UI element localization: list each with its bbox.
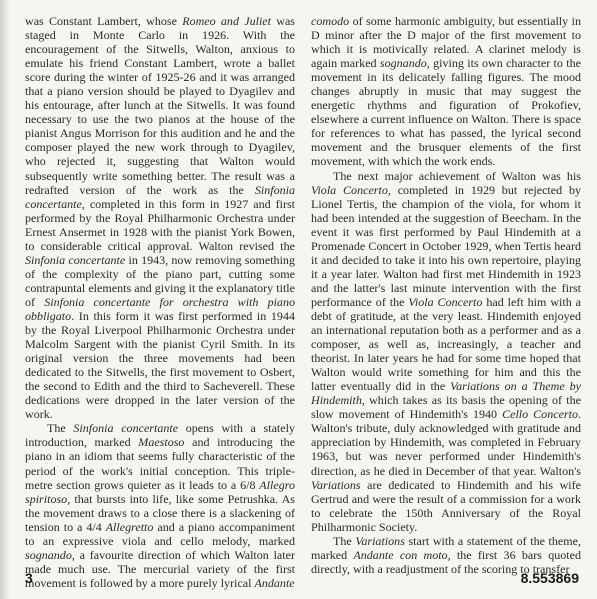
- italic-title: Viola Concerto: [408, 295, 482, 309]
- italic-title: sognando: [25, 548, 72, 562]
- text-run: The: [333, 534, 355, 548]
- body-paragraph: The Sinfonia concertante opens with a st…: [25, 421, 295, 590]
- body-paragraph: was Constant Lambert, whose Romeo and Ju…: [25, 14, 295, 421]
- italic-title: Romeo and Juliet: [182, 14, 271, 28]
- italic-title: Viola Concerto: [311, 183, 388, 197]
- text-run: was staged in Monte Carlo in 1926. With …: [25, 14, 295, 197]
- italic-title: Maestoso: [138, 435, 184, 449]
- body-paragraph: comodo of some harmonic ambiguity, but e…: [311, 14, 581, 169]
- italic-title: Allegretto: [106, 520, 154, 534]
- text-run: The: [47, 421, 73, 435]
- italic-title: Andante: [255, 576, 295, 590]
- italic-title: Variations: [355, 534, 405, 548]
- italic-title: Sinfonia concertante: [73, 421, 178, 435]
- italic-title: Sinfonia concertante: [25, 253, 125, 267]
- body-paragraph: The next major achievement of Walton was…: [311, 169, 581, 534]
- italic-title: sognando: [380, 56, 427, 70]
- text-run: , completed in 1929 but rejected by Lion…: [311, 183, 581, 309]
- right-text-column: comodo of some harmonic ambiguity, but e…: [311, 14, 581, 576]
- italic-title: comodo: [311, 14, 349, 28]
- text-run: , giving its own character to the moveme…: [311, 56, 581, 168]
- italic-title: Andante con moto: [353, 548, 447, 562]
- text-run: . In this form it was first performed in…: [25, 309, 295, 421]
- page-binding-shadow: [0, 0, 10, 599]
- text-run: The next major achievement of Walton was…: [333, 169, 581, 183]
- left-text-column: was Constant Lambert, whose Romeo and Ju…: [25, 14, 295, 590]
- italic-title: Variations: [311, 478, 361, 492]
- text-run: was Constant Lambert, whose: [25, 14, 182, 28]
- catalog-number: 8.553869: [521, 570, 579, 586]
- italic-title: Cello Concerto: [502, 407, 578, 421]
- page-number: 3: [25, 570, 33, 586]
